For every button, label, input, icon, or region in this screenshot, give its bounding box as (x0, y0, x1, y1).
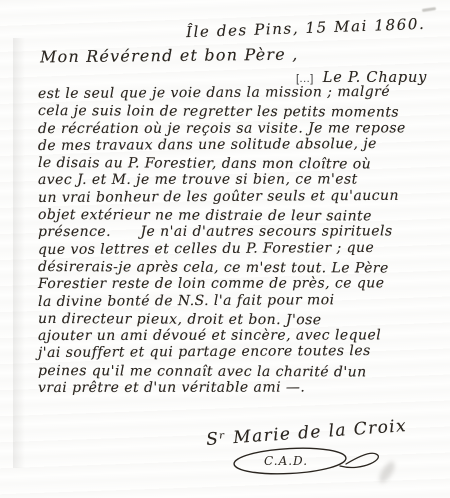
signature-paraph: C.A.D. (228, 444, 393, 482)
scan-artifact-left-edge (13, 38, 25, 468)
manuscript-line: vrai prêtre et d'un véritable ami —. (38, 379, 438, 397)
manuscript-line: Forestier reste de loin comme de près, c… (38, 276, 438, 294)
letter-dateline: Île des Pins, 15 Mai 1860. (186, 15, 426, 41)
manuscript-line: j'ai souffert et qui partage encore tout… (38, 343, 438, 363)
scan-artifact-corner-mark (422, 7, 436, 12)
scanned-letter-page: Île des Pins, 15 Mai 1860. Mon Révérend … (0, 0, 450, 498)
manuscript-line: un vrai bonheur de les goûter seuls et q… (38, 187, 438, 207)
manuscript-line: de mes travaux dans une solitude absolue… (38, 135, 438, 155)
manuscript-line: la divine bonté de N.S. l'a fait pour mo… (38, 291, 438, 311)
editorial-ellipsis-mark: [...] (296, 73, 314, 85)
letter-salutation: Mon Révérend et bon Père , (40, 45, 299, 67)
manuscript-line: est le seul que je voie dans la mission … (38, 84, 438, 104)
paraph-initials: C.A.D. (264, 454, 308, 468)
letter-body: est le seul que je voie dans la mission … (38, 86, 438, 397)
manuscript-line: que vos lettres et celles du P. Forestie… (38, 239, 438, 259)
paraph-flourish: C.A.D. (228, 444, 393, 482)
